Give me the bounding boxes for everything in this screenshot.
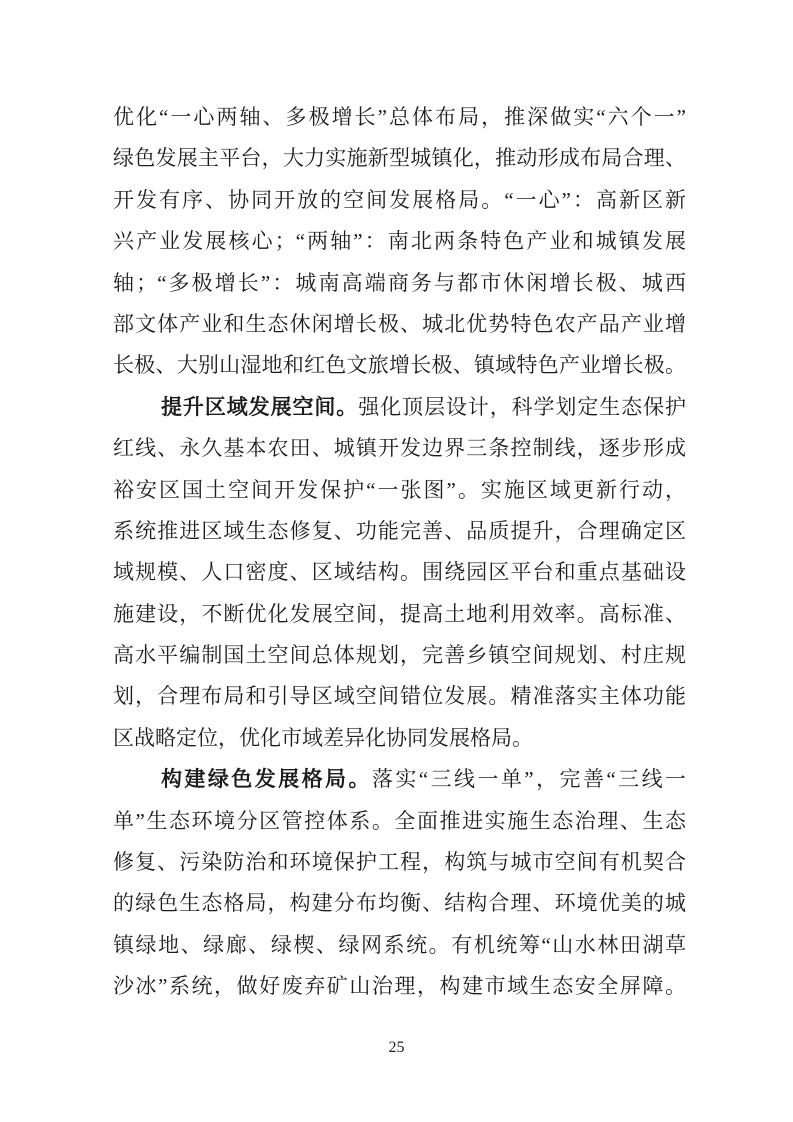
page-number: 25 (0, 1040, 793, 1056)
text-line: 长极、大别山湿地和红色文旅增长极、镇域特色产业增长极。 (113, 345, 686, 386)
line-text: 落实“三线一单”，完善“三线一 (372, 767, 686, 791)
text-line: 构建绿色发展格局。落实“三线一单”，完善“三线一 (113, 759, 686, 800)
text-line: 修复、污染防治和环境保护工程，构筑与城市空间有机契合 (113, 842, 686, 883)
text-line: 划，合理布局和引导区域空间错位发展。精准落实主体功能 (113, 676, 686, 717)
text-line: 区战略定位，优化市域差异化协同发展格局。 (113, 718, 686, 759)
text-line: 系统推进区域生态修复、功能完善、品质提升，合理确定区 (113, 511, 686, 552)
text-line: 裕安区国土空间开发保护“一张图”。实施区域更新行动， (113, 470, 686, 511)
text-line: 部文体产业和生态休闲增长极、城北优势特色农产品产业增 (113, 304, 686, 345)
text-line: 的绿色生态格局，构建分布均衡、结构合理、环境优美的城 (113, 883, 686, 924)
line-text: 强化顶层设计，科学划定生态保护 (358, 395, 686, 419)
text-line: 沙冰”系统，做好废弃矿山治理，构建市域生态安全屏障。 (113, 966, 686, 1007)
text-line: 优化“一心两轴、多极增长”总体布局，推深做实“六个一” (113, 97, 686, 138)
text-line: 提升区域发展空间。强化顶层设计，科学划定生态保护 (113, 387, 686, 428)
text-line: 开发有序、协同开放的空间发展格局。“一心”：高新区新 (113, 180, 686, 221)
text-line: 绿色发展主平台，大力实施新型城镇化，推动形成布局合理、 (113, 138, 686, 179)
text-line: 单”生态环境分区管控体系。全面推进实施生态治理、生态 (113, 801, 686, 842)
document-page: 优化“一心两轴、多极增长”总体布局，推深做实“六个一” 绿色发展主平台，大力实施… (0, 0, 793, 1122)
text-line: 施建设，不断优化发展空间，提高土地利用效率。高标准、 (113, 594, 686, 635)
paragraph-lead: 提升区域发展空间。 (161, 395, 358, 419)
text-line: 高水平编制国土空间总体规划，完善乡镇空间规划、村庄规 (113, 635, 686, 676)
text-line: 红线、永久基本农田、城镇开发边界三条控制线，逐步形成 (113, 428, 686, 469)
text-line: 域规模、人口密度、区域结构。围绕园区平台和重点基础设 (113, 552, 686, 593)
text-line: 兴产业发展核心；“两轴”：南北两条特色产业和城镇发展 (113, 221, 686, 262)
text-line: 轴；“多极增长”：城南高端商务与都市休闲增长极、城西 (113, 263, 686, 304)
paragraph-lead: 构建绿色发展格局。 (161, 767, 372, 791)
text-line: 镇绿地、绿廊、绿楔、绿网系统。有机统筹“山水林田湖草 (113, 925, 686, 966)
body-text: 优化“一心两轴、多极增长”总体布局，推深做实“六个一” 绿色发展主平台，大力实施… (113, 97, 686, 1008)
